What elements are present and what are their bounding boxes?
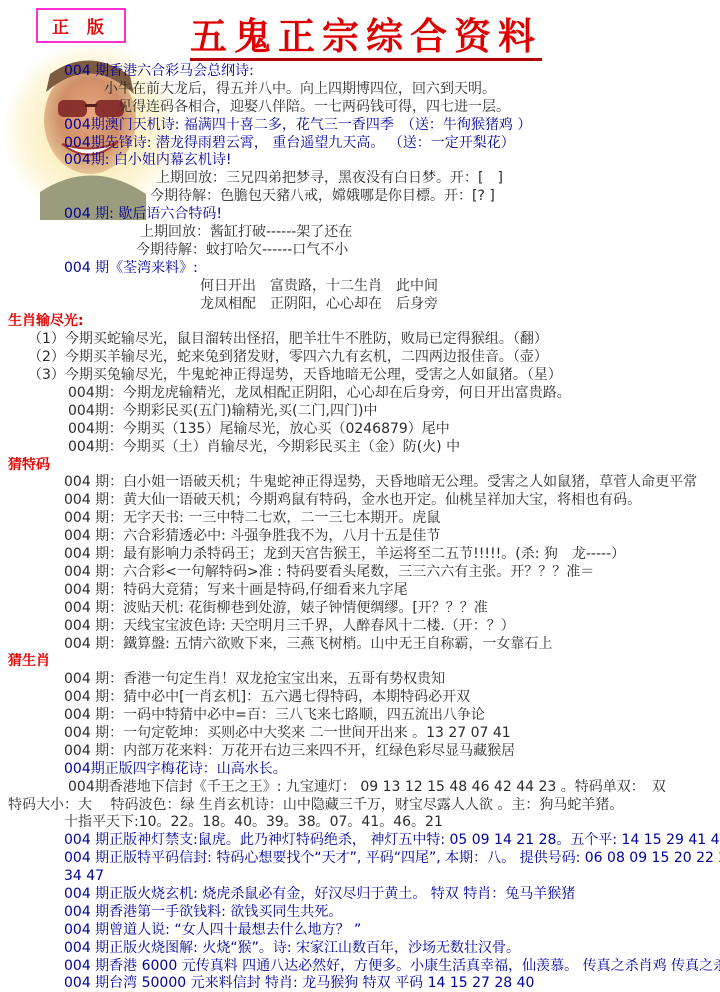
text-line: 004 期《荃湾来料》: bbox=[8, 260, 720, 278]
text-line: （1）今期买蛇输尽光，鼠目溜转出怪招，肥羊壮牛不胜防，败局已定得猴组。（翻） bbox=[8, 331, 720, 349]
text-line: 004 期：波贴天机: 花街柳巷到处游，婊子钟情便绸缪。[开？？？准 bbox=[8, 600, 720, 618]
text-line: 004 期：无字天书: 一三中特二七欢，二一三七本期开。虎鼠 bbox=[8, 510, 720, 528]
text-line: 004 期香港第一手欲钱料: 欲钱买同生共死。 bbox=[8, 904, 720, 922]
text-line: 004 期：六合彩<一句解特码>准 : 特码要看头尾数，三三六六有主张。开？？？… bbox=[8, 564, 720, 582]
page: 正 版 五鬼正宗综合资料 004 期香港六合彩马会总纲诗:小牛在前大龙后，得五并… bbox=[0, 0, 720, 992]
text-line: 004 期：黄大仙一语破天机；今期鸡鼠有特码，金水也开定。仙桃呈祥加大宝，将相也… bbox=[8, 492, 720, 510]
text-line: 004 期正版神灯禁支:鼠虎。此乃神灯特码绝杀， 神灯五中特: 05 09 14… bbox=[8, 832, 720, 850]
text-line: 004 期：最有影响力杀特码王；龙到天宫告猴王，羊运将至二五节!!!!!。(杀:… bbox=[8, 546, 720, 564]
page-title: 五鬼正宗综合资料 bbox=[190, 16, 542, 61]
text-line: 004 期：内部万花来料：万花开右边三来四不开，红绿色彩尽显马藏猴居 bbox=[8, 743, 720, 761]
text-line: 上期回放：三兄四弟把梦寻，黑夜没有白日梦。开：[ ] bbox=[8, 170, 720, 188]
text-line: 004 期：猜中必中[一肖玄机]：五六遇七得特码，本期特码必开双 bbox=[8, 689, 720, 707]
text-line: 见得连码各相合，迎娶八伴陪。一七两码钱可得，四七进一层。 bbox=[8, 99, 720, 117]
text-line: 今期待解：色膽包天豬八戒，嫦娥哪是你目標。开：[? ] bbox=[8, 188, 720, 206]
text-line: 004期香港地下信封《千王之王》: 九宝連灯： 09 13 12 15 48 4… bbox=[8, 779, 720, 797]
text-line: 004 期：天线宝宝波色诗: 天空明月三千界，人醉春风十二楼.（开：？） bbox=[8, 618, 720, 636]
text-line: 004 期：鐵算盤: 五情六欲败下来，三燕飞树梢。山中无王自称霸，一女靠石上 bbox=[8, 636, 720, 654]
text-line: 004 期曾道人说: “女人四十最想去什么地方？ ” bbox=[8, 922, 720, 940]
text-line: 004期：今期龙虎输精光，龙凤相配正阴阳，心心却在后身旁，何日开出富贵路。 bbox=[8, 385, 720, 403]
section-heading-shengxiao-shujinguang: 生肖输尽光: bbox=[8, 313, 720, 331]
text-line: 004期：今期买（135）尾输尽光，放心买（0246879）尾中 bbox=[8, 421, 720, 439]
text-line: 004 期正版火烧玄机: 烧虎杀鼠必有金，好汉尽归于黄土。 特双 特肖：兔马羊猴… bbox=[8, 886, 720, 904]
text-line: 004 期：六合彩猜透必中: 斗强争胜我不为，八月十五是佳节 bbox=[8, 528, 720, 546]
text-line: 004 期：白小姐一语破天机；牛鬼蛇神正得逞势，天昏地暗无公理。受害之人如鼠猪，… bbox=[8, 474, 720, 492]
text-line: 004 期：特码大竞猜；写来十画是特码,仔细看来九字尾 bbox=[8, 582, 720, 600]
text-line: 004 期：香港一句定生肖！双龙抢宝宝出来，五哥有势权贵知 bbox=[8, 671, 720, 689]
text-line: 特码大小：大 特码波色：绿 生肖玄机诗：山中隐藏三千万，财宝尽露人人欲 。主：狗… bbox=[8, 797, 720, 815]
text-line: （3）今期买兔输尽光，牛鬼蛇神正得逞势，天昏地暗无公理，受害之人如鼠猪。（星） bbox=[8, 367, 720, 385]
text-line: 004期：今期彩民买(五门)输精光,买(二门,四门)中 bbox=[8, 403, 720, 421]
text-line: 34 47 bbox=[8, 868, 720, 886]
section-heading-cai-shengxiao: 猜生肖 bbox=[8, 653, 720, 671]
section-heading-cai-tema: 猜特码 bbox=[8, 457, 720, 475]
text-line: 004 期：一码中特猜中必中=百：三八飞来七路顺，四五流出八争论 bbox=[8, 707, 720, 725]
text-line: 004 期香港六合彩马会总纲诗: bbox=[8, 63, 720, 81]
text-line: （2）今期买羊输尽光，蛇来兔到猪发财，零四六九有玄机，二四两边报佳音。（壶） bbox=[8, 349, 720, 367]
text-line: 004 期正版火烧图解: 火烧“猴”。诗: 宋家江山数百年，沙场无数壮汉骨。 bbox=[8, 940, 720, 958]
authenticity-badge: 正 版 bbox=[36, 8, 126, 43]
text-line: 004 期: 歇后语六合特码! bbox=[8, 206, 720, 224]
text-line: 004期：今期买（土）肖输尽光，今期彩民买主（金）防(火) 中 bbox=[8, 439, 720, 457]
text-line: 何日开出 富贵路，十二生肖 此中间 bbox=[8, 278, 720, 296]
text-line: 004期先锋诗: 潜龙得雨碧云霄， 重台遥望九天高。 （送：一定开梨花） bbox=[8, 135, 720, 153]
text-line: 004期正版四字梅花诗：山高水长。 bbox=[8, 761, 720, 779]
text-line: 004 期香港 6000 元传真料 四通八达必然好，方便多。小康生活真幸福，仙羡… bbox=[8, 958, 720, 976]
text-line: 004 期正版特平码信封: 特码心想要找个“天才”, 平码“四尾”, 本期：八。… bbox=[8, 850, 720, 868]
text-line: 004期澳门天机诗: 福满四十喜二多，花气三一香四季 （送：牛徇猴猪鸡 ） bbox=[8, 117, 720, 135]
text-line: 004 期：一句定乾坤：买则必中大奖来 二一世间开出来 。13 27 07 41 bbox=[8, 725, 720, 743]
text-line: 004期: 白小姐内幕玄机诗! bbox=[8, 152, 720, 170]
text-line: 十指平天下:10。22。18。40。39。38。07。41。46。21 bbox=[8, 814, 720, 832]
text-line: 龙凤相配 正阴阳，心心却在 后身旁 bbox=[8, 296, 720, 314]
text-line: 004 期台湾 50000 元来料信封 特肖: 龙马猴狗 特双 平码 14 15… bbox=[8, 975, 720, 992]
lines-container: 004 期香港六合彩马会总纲诗:小牛在前大龙后，得五并八中。向上四期博四位，回六… bbox=[8, 63, 720, 992]
text-line: 上期回放：酱缸打破------架了还在 bbox=[8, 224, 720, 242]
text-line: 今期待解：蚊打哈欠------口气不小 bbox=[8, 242, 720, 260]
text-line: 小牛在前大龙后，得五并八中。向上四期博四位，回六到天明。 bbox=[8, 81, 720, 99]
